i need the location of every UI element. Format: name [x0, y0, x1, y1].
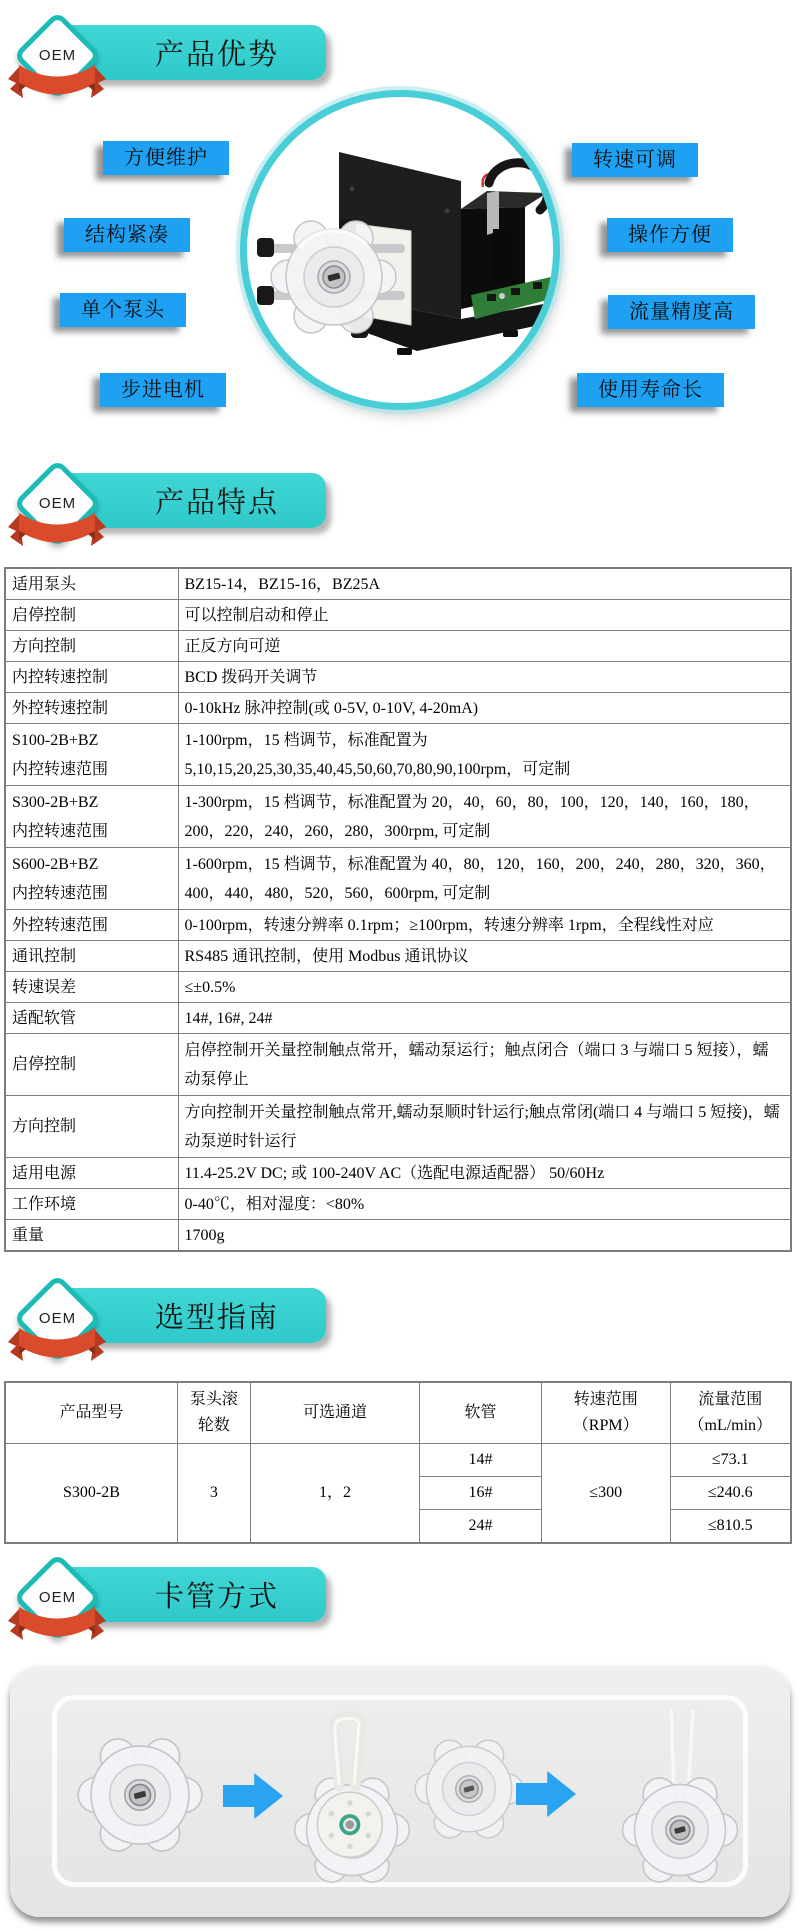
peristaltic-pump-illustration	[247, 97, 553, 403]
tube-cell: 14#	[420, 1444, 542, 1477]
section-header-selection: 选型指南 OEM	[0, 1263, 400, 1375]
table-row: S600-2B+BZ 内控转速范围1-600rpm，15 档调节，标准配置为 4…	[5, 848, 791, 910]
col-header-model: 产品型号	[5, 1382, 177, 1444]
table-row: S100-2B+BZ 内控转速范围1-100rpm，15 档调节，标准配置为 5…	[5, 724, 791, 786]
advantage-label-compact-structure: 结构紧凑	[64, 218, 190, 252]
table-row: 通讯控制RS485 通讯控制，使用 Modbus 通讯协议	[5, 941, 791, 972]
model-cell: S300-2B	[5, 1444, 177, 1544]
table-row: 方向控制方向控制开关量控制触点常开,蠕动泵顺时针运行;触点常闭(端口 4 与端口…	[5, 1096, 791, 1158]
tube-cell: 16#	[420, 1477, 542, 1510]
table-row: 启停控制可以控制启动和停止	[5, 600, 791, 631]
col-header-tube: 软管	[420, 1382, 542, 1444]
pump-head-step3-icon	[408, 1728, 530, 1850]
channels-cell: 1，2	[250, 1444, 419, 1544]
rollers-cell: 3	[177, 1444, 250, 1544]
advantage-label-easy-maintenance: 方便维护	[103, 141, 229, 175]
speed-range-cell: ≤300	[541, 1444, 670, 1544]
product-page: 产品优势 OEM	[0, 0, 800, 1931]
section-header-features: 产品特点 OEM	[0, 448, 400, 560]
tube-cell: 24#	[420, 1510, 542, 1544]
red-ribbon-icon	[7, 61, 107, 105]
table-row: 适配软管14#, 16#, 24#	[5, 1003, 791, 1034]
tube-clamping-steps-panel	[10, 1665, 790, 1917]
red-ribbon-icon	[7, 509, 107, 553]
pump-head-step1-icon	[70, 1725, 210, 1865]
flow-cell: ≤810.5	[670, 1510, 791, 1544]
advantage-label-stepper-motor: 步进电机	[100, 373, 226, 407]
red-ribbon-icon	[7, 1324, 107, 1368]
pump-head-step2-tube-loaded-icon	[287, 1710, 417, 1895]
col-header-channels: 可选通道	[250, 1382, 419, 1444]
advantage-label-high-flow-accuracy: 流量精度高	[608, 295, 755, 329]
table-row: 外控转速范围0-100rpm，转速分辨率 0.1rpm；≥100rpm，转速分辨…	[5, 910, 791, 941]
table-header-row: 产品型号 泵头滚 轮数 可选通道 软管 转速范围 （RPM） 流量范围 （mL/…	[5, 1382, 791, 1444]
flow-cell: ≤240.6	[670, 1477, 791, 1510]
table-row: 外控转速控制0-10kHz 脉冲控制(或 0-5V, 0-10V, 4-20mA…	[5, 693, 791, 724]
selection-guide-table: 产品型号 泵头滚 轮数 可选通道 软管 转速范围 （RPM） 流量范围 （mL/…	[4, 1381, 792, 1544]
table-row: 适用电源11.4-25.2V DC; 或 100-240V AC（选配电源适配器…	[5, 1158, 791, 1189]
advantage-label-adjustable-speed: 转速可调	[572, 143, 698, 177]
table-row: 工作环境0-40℃，相对湿度：<80%	[5, 1189, 791, 1220]
table-row: S300-2B+BZ 内控转速范围1-300rpm，15 档调节，标准配置为 2…	[5, 786, 791, 848]
flow-cell: ≤73.1	[670, 1444, 791, 1477]
advantage-label-long-service-life: 使用寿命长	[577, 373, 724, 407]
section-header-clamping: 卡管方式 OEM	[0, 1542, 400, 1654]
table-row: 方向控制正反方向可逆	[5, 631, 791, 662]
pump-head-step4-tubes-out-icon	[615, 1700, 745, 1895]
advantage-label-single-pump-head: 单个泵头	[60, 293, 186, 327]
red-ribbon-icon	[7, 1603, 107, 1647]
table-row: 启停控制启停控制开关量控制触点常开，蠕动泵运行；触点闭合（端口 3 与端口 5 …	[5, 1034, 791, 1096]
col-header-rollers: 泵头滚 轮数	[177, 1382, 250, 1444]
table-row: 转速误差≤±0.5%	[5, 972, 791, 1003]
features-spec-table: 适用泵头BZ15-14，BZ15-16，BZ25A 启停控制可以控制启动和停止 …	[4, 567, 792, 1252]
advantage-label-easy-operation: 操作方便	[607, 218, 733, 252]
col-header-speed-range: 转速范围 （RPM）	[541, 1382, 670, 1444]
pump-product-photo	[240, 90, 560, 410]
table-row: S300-2B 3 1，2 14# ≤300 ≤73.1	[5, 1444, 791, 1477]
table-row: 重量1700g	[5, 1220, 791, 1252]
col-header-flow-range: 流量范围 （mL/min）	[670, 1382, 791, 1444]
table-row: 内控转速控制BCD 拨码开关调节	[5, 662, 791, 693]
section-header-advantages: 产品优势 OEM	[0, 0, 400, 112]
table-row: 适用泵头BZ15-14，BZ15-16，BZ25A	[5, 568, 791, 600]
